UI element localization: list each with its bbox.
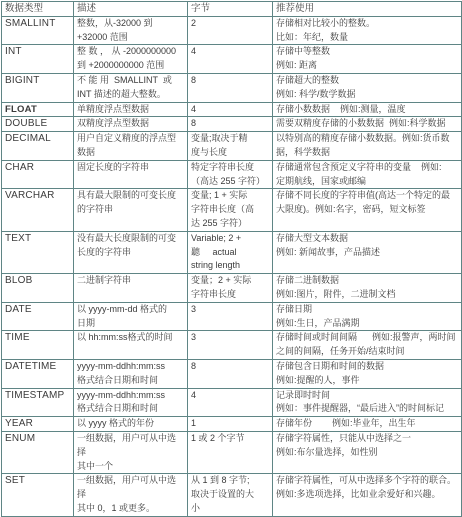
datatype-name: DECIMAL (2, 132, 74, 161)
datatype-name: SET (2, 474, 74, 516)
datatype-recommend: 存储字符属性，可从中选择多个字符的联合。 例如:多选项选择，比如业余爱好和兴趣。 (273, 474, 462, 516)
datatype-recommend: 存储年份 例如:毕业年，出生年 (273, 417, 462, 432)
datatype-bytes: 变量; 1 + 实际 字符串长度（高 达 255 字符） (188, 189, 273, 231)
table-row: SMALLINT 整数，从-32000 到 +32000 范围 2 存储相对比较… (2, 16, 462, 45)
datatype-recommend: 记录即时时间 例如：事件提醒器，“最后进入”的时间标记 (273, 388, 462, 417)
datatype-name: FLOAT (2, 102, 74, 117)
datatype-bytes: 8 (188, 359, 273, 388)
table-row: ENUM 一组数据，用户可从中选择 其中一个 1 或 2 个字节 存储字符属性，… (2, 431, 462, 473)
datatype-desc: 整数，从-32000 到 +32000 范围 (74, 16, 188, 45)
datatype-recommend: 存储大型文本数据 例如: 新闻故事，产品描述 (273, 231, 462, 273)
datatype-name: TEXT (2, 231, 74, 273)
datatype-recommend: 存储通常包含预定义字符串的变量 例如: 定期航线，国家或邮编 (273, 160, 462, 189)
table-row: DECIMAL 用户自定义精度的浮点型 数据 变量;取决于精 度与长度 以特别高… (2, 132, 462, 161)
datatype-bytes: Variable; 2 + 聽 actual string length (188, 231, 273, 273)
table-row: SET 一组数据，用户可从中选择 其中 0，1 或更多。 从 1 到 8 字节;… (2, 474, 462, 516)
datatype-name: TIME (2, 331, 74, 360)
datatype-desc: yyyy-mm-ddhh:mm:ss 格式结合日期和时间 (74, 388, 188, 417)
datatype-desc: 用户自定义精度的浮点型 数据 (74, 132, 188, 161)
datatype-desc: 固定长度的字符串 (74, 160, 188, 189)
table-row: DATE 以 yyyy-mm-dd 格式的 日期 3 存储日期 例如:生日，产品… (2, 302, 462, 331)
datatype-bytes: 1 或 2 个字节 (188, 431, 273, 473)
datatype-bytes: 3 (188, 331, 273, 360)
datatype-name: DATETIME (2, 359, 74, 388)
datatype-bytes: 4 (188, 102, 273, 117)
datatype-recommend: 存储不同长度的字符串值(高达一个特定的最大限度)。例如:名字，密码，短文标签 (273, 189, 462, 231)
datatype-recommend: 存储字符属性，只能从中选择之一 例如:布尔量选择，如性别 (273, 431, 462, 473)
table-row: INT 整 数 ， 从 -2000000000 到 +2000000000 范围… (2, 45, 462, 74)
header-description: 描述 (74, 2, 188, 17)
datatype-bytes: 特定字符串长度 （高达 255 字符） (188, 160, 273, 189)
datatype-desc: 整 数 ， 从 -2000000000 到 +2000000000 范围 (74, 45, 188, 74)
datatype-desc: yyyy-mm-ddhh:mm:ss 格式结合日期和时间 (74, 359, 188, 388)
datatype-name: ENUM (2, 431, 74, 473)
datatype-bytes: 4 (188, 45, 273, 74)
datatype-recommend: 需要双精度存储的小数数据 例如:科学数据 (273, 117, 462, 132)
table-row: YEAR 以 yyyy 格式的年份 1 存储年份 例如:毕业年，出生年 (2, 417, 462, 432)
datatype-name: BIGINT (2, 73, 74, 102)
header-bytes: 字节 (188, 2, 273, 17)
datatype-desc: 没有最大长度限制的可变 长度的字符串 (74, 231, 188, 273)
datatype-recommend: 存储日期 例如:生日，产品满期 (273, 302, 462, 331)
datatype-bytes: 3 (188, 302, 273, 331)
table-row: TIME 以 hh:mm:ss格式的时间 3 存储时间或时间间隔 例如:报警声，… (2, 331, 462, 360)
table-row: DOUBLE 双精度浮点型数据 8 需要双精度存储的小数数据 例如:科学数据 (2, 117, 462, 132)
datatype-desc: 以 yyyy-mm-dd 格式的 日期 (74, 302, 188, 331)
datatype-desc: 具有最大限制的可变长度 的字符串 (74, 189, 188, 231)
datatype-bytes: 4 (188, 388, 273, 417)
datatype-desc: 一组数据，用户可从中选择 其中一个 (74, 431, 188, 473)
datatype-desc: 以 hh:mm:ss格式的时间 (74, 331, 188, 360)
datatype-bytes: 8 (188, 73, 273, 102)
table-row: TEXT 没有最大长度限制的可变 长度的字符串 Variable; 2 + 聽 … (2, 231, 462, 273)
datatype-recommend: 存储时间或时间间隔 例如:报警声，两时间 之间的间隔，任务开始/结束时间 (273, 331, 462, 360)
datatypes-table: 数据类型 描述 字节 推荐使用 SMALLINT 整数，从-32000 到 +3… (1, 1, 462, 517)
datatype-name: TIMESTAMP (2, 388, 74, 417)
table-row: DATETIME yyyy-mm-ddhh:mm:ss 格式结合日期和时间 8 … (2, 359, 462, 388)
datatype-name: VARCHAR (2, 189, 74, 231)
datatype-name: DOUBLE (2, 117, 74, 132)
datatype-recommend: 存储超大的整数 例如: 科学/数学数据 (273, 73, 462, 102)
datatype-recommend: 存储相对比较小的整数。 比如：年纪，数量 (273, 16, 462, 45)
datatype-name: SMALLINT (2, 16, 74, 45)
datatype-desc: 以 yyyy 格式的年份 (74, 417, 188, 432)
datatype-desc: 单精度浮点型数据 (74, 102, 188, 117)
table-row: CHAR 固定长度的字符串 特定字符串长度 （高达 255 字符） 存储通常包含… (2, 160, 462, 189)
datatype-bytes: 8 (188, 117, 273, 132)
datatype-recommend: 存储中等整数 例如: 距离 (273, 45, 462, 74)
datatype-name: BLOB (2, 274, 74, 303)
datatype-recommend: 存储小数数据 例如:测量，温度 (273, 102, 462, 117)
header-recommendation: 推荐使用 (273, 2, 462, 17)
datatype-bytes: 2 (188, 16, 273, 45)
table-row: BIGINT 不 能 用 SMALLINT 或 INT 描述的超大整数。 8 存… (2, 73, 462, 102)
table-row: VARCHAR 具有最大限制的可变长度 的字符串 变量; 1 + 实际 字符串长… (2, 189, 462, 231)
table-row: FLOAT 单精度浮点型数据 4 存储小数数据 例如:测量，温度 (2, 102, 462, 117)
datatype-recommend: 存储二进制数据 例如:图片，附件，二进制文档 (273, 274, 462, 303)
datatype-name: DATE (2, 302, 74, 331)
table-row: TIMESTAMP yyyy-mm-ddhh:mm:ss 格式结合日期和时间 4… (2, 388, 462, 417)
table-header-row: 数据类型 描述 字节 推荐使用 (2, 2, 462, 17)
datatype-name: INT (2, 45, 74, 74)
datatype-desc: 双精度浮点型数据 (74, 117, 188, 132)
datatype-bytes: 变量；2 + 实际 字符串长度 (188, 274, 273, 303)
datatype-desc: 一组数据，用户可从中选择 其中 0，1 或更多。 (74, 474, 188, 516)
datatype-desc: 二进制字符串 (74, 274, 188, 303)
datatype-bytes: 1 (188, 417, 273, 432)
table-row: BLOB 二进制字符串 变量；2 + 实际 字符串长度 存储二进制数据 例如:图… (2, 274, 462, 303)
datatype-name: YEAR (2, 417, 74, 432)
datatype-name: CHAR (2, 160, 74, 189)
datatype-bytes: 从 1 到 8 字节; 取决于设置的大 小 (188, 474, 273, 516)
datatype-recommend: 以特别高的精度存储小数数据。例如:货币数据，科学数据 (273, 132, 462, 161)
datatype-bytes: 变量;取决于精 度与长度 (188, 132, 273, 161)
datatype-recommend: 存储包含日期和时间的数据 例如:提醒的人，事件 (273, 359, 462, 388)
datatype-desc: 不 能 用 SMALLINT 或 INT 描述的超大整数。 (74, 73, 188, 102)
header-datatype: 数据类型 (2, 2, 74, 17)
